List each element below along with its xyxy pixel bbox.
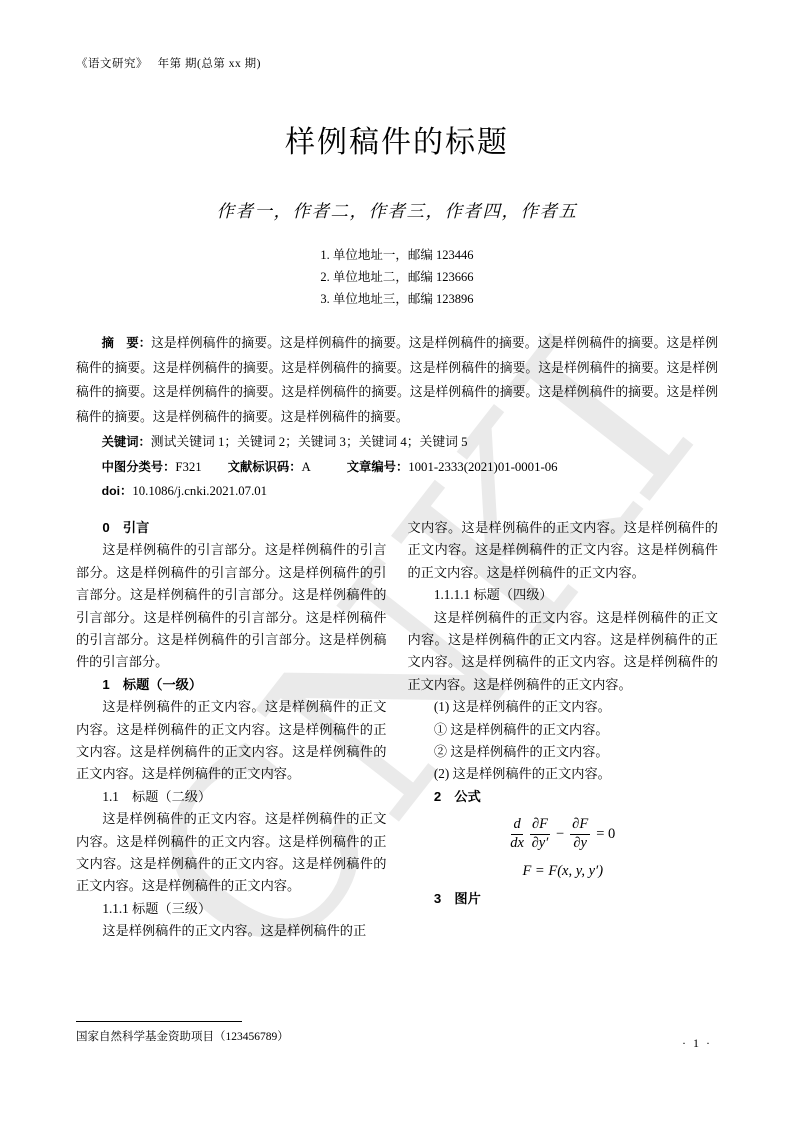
doc-code-label: 文献标识码： [228, 460, 302, 474]
doc-code-value: A [302, 460, 311, 474]
functional-formula: F = F(x, y, y′) [408, 860, 719, 882]
clc-label: 中图分类号： [102, 460, 176, 474]
equals-zero: = 0 [596, 827, 615, 843]
doi-label: doi： [102, 484, 133, 498]
left-column: 0 引言 这是样例稿件的引言部分。这是样例稿件的引言部分。这是样例稿件的引言部分… [76, 517, 387, 943]
heading-level2: 1.1 标题（二级） [76, 786, 387, 808]
right-column: 文内容。这是样例稿件的正文内容。这是样例稿件的正文内容。这是样例稿件的正文内容。… [408, 517, 719, 943]
affiliation-line: 2. 单位地址二，邮编 123666 [320, 266, 473, 288]
heading-intro: 0 引言 [76, 517, 387, 539]
body-paragraph: 这是样例稿件的正文内容。这是样例稿件的正文内容。这是样例稿件的正文内容。这是样例… [76, 696, 387, 786]
classification-line: 中图分类号：F321文献标识码：A文章编号：1001-2333(2021)01-… [76, 455, 718, 480]
fraction-denominator: ∂y′ [532, 835, 549, 852]
heading-level1: 1 标题（一级） [76, 674, 387, 696]
affiliations-block: 1. 单位地址一，邮编 123446 2. 单位地址二，邮编 123666 3.… [76, 244, 718, 310]
clc-value: F321 [175, 460, 201, 474]
affiliation-line: 1. 单位地址一，邮编 123446 [320, 244, 473, 266]
fraction-numerator: d [511, 817, 522, 835]
page-content: 《语文研究》 年第 期(总第 xx 期) 样例稿件的标题 作者一，作者二，作者三… [0, 0, 794, 943]
abstract-text: 这是样例稿件的摘要。这是样例稿件的摘要。这是样例稿件的摘要。这是样例稿件的摘要。… [76, 336, 718, 424]
body-paragraph-split-start: 这是样例稿件的正文内容。这是样例稿件的正 [76, 920, 387, 942]
funding-footnote: 国家自然科学基金资助项目（123456789） [76, 1028, 289, 1044]
fraction-denominator: ∂y [573, 835, 587, 852]
doi-line: doi：10.1086/j.cnki.2021.07.01 [76, 479, 718, 504]
fraction-numerator: ∂F [530, 817, 550, 835]
keywords-label: 关键词： [102, 435, 151, 449]
affiliations-inner: 1. 单位地址一，邮编 123446 2. 单位地址二，邮编 123666 3.… [320, 244, 473, 310]
frontmatter-block: 摘 要：这是样例稿件的摘要。这是样例稿件的摘要。这是样例稿件的摘要。这是样例稿件… [76, 331, 718, 504]
fraction-dF-dy: ∂F∂y [570, 817, 590, 852]
body-paragraph: 这是样例稿件的正文内容。这是样例稿件的正文内容。这是样例稿件的正文内容。这是样例… [76, 808, 387, 898]
heading-formula-section: 2 公式 [408, 786, 719, 808]
paper-title: 样例稿件的标题 [76, 117, 718, 161]
author-line: 作者一，作者二，作者三，作者四，作者五 [76, 198, 718, 223]
minus-operator: − [556, 827, 564, 843]
footnote-divider [76, 1021, 242, 1022]
list-item: (2) 这是样例稿件的正文内容。 [408, 763, 719, 785]
affiliation-line: 3. 单位地址三，邮编 123896 [320, 288, 473, 310]
document-page: CNKI 《语文研究》 年第 期(总第 xx 期) 样例稿件的标题 作者一，作者… [0, 0, 794, 1123]
heading-level3: 1.1.1 标题（三级） [76, 898, 387, 920]
fraction-denominator: dx [510, 835, 524, 852]
abstract-paragraph: 摘 要：这是样例稿件的摘要。这是样例稿件的摘要。这是样例稿件的摘要。这是样例稿件… [76, 331, 718, 430]
journal-header: 《语文研究》 年第 期(总第 xx 期) [76, 55, 718, 71]
body-paragraph: 这是样例稿件的正文内容。这是样例稿件的正文内容。这是样例稿件的正文内容。这是样例… [408, 607, 719, 697]
article-id-label: 文章编号： [347, 460, 409, 474]
two-column-body: 0 引言 这是样例稿件的引言部分。这是样例稿件的引言部分。这是样例稿件的引言部分… [76, 517, 718, 943]
keywords-text: 测试关键词 1；关键词 2；关键词 3；关键词 4；关键词 5 [151, 435, 468, 449]
list-item: ① 这是样例稿件的正文内容。 [408, 719, 719, 741]
page-number: · 1 · [682, 1036, 712, 1051]
list-item: ② 这是样例稿件的正文内容。 [408, 741, 719, 763]
fraction-dF-dyprime: ∂F∂y′ [530, 817, 550, 852]
body-paragraph-split-continuation: 文内容。这是样例稿件的正文内容。这是样例稿件的正文内容。这是样例稿件的正文内容。… [408, 517, 719, 584]
doi-value: 10.1086/j.cnki.2021.07.01 [132, 484, 267, 498]
article-id-value: 1001-2333(2021)01-0001-06 [408, 460, 557, 474]
euler-lagrange-formula: ddx ∂F∂y′ − ∂F∂y = 0 [408, 817, 719, 852]
heading-figure-section: 3 图片 [408, 888, 719, 910]
list-item: (1) 这是样例稿件的正文内容。 [408, 696, 719, 718]
heading-level4: 1.1.1.1 标题（四级） [408, 584, 719, 606]
abstract-label: 摘 要： [102, 336, 152, 350]
intro-paragraph: 这是样例稿件的引言部分。这是样例稿件的引言部分。这是样例稿件的引言部分。这是样例… [76, 539, 387, 673]
fraction-d-dx: ddx [510, 817, 524, 852]
fraction-numerator: ∂F [570, 817, 590, 835]
keywords-line: 关键词：测试关键词 1；关键词 2；关键词 3；关键词 4；关键词 5 [76, 430, 718, 455]
